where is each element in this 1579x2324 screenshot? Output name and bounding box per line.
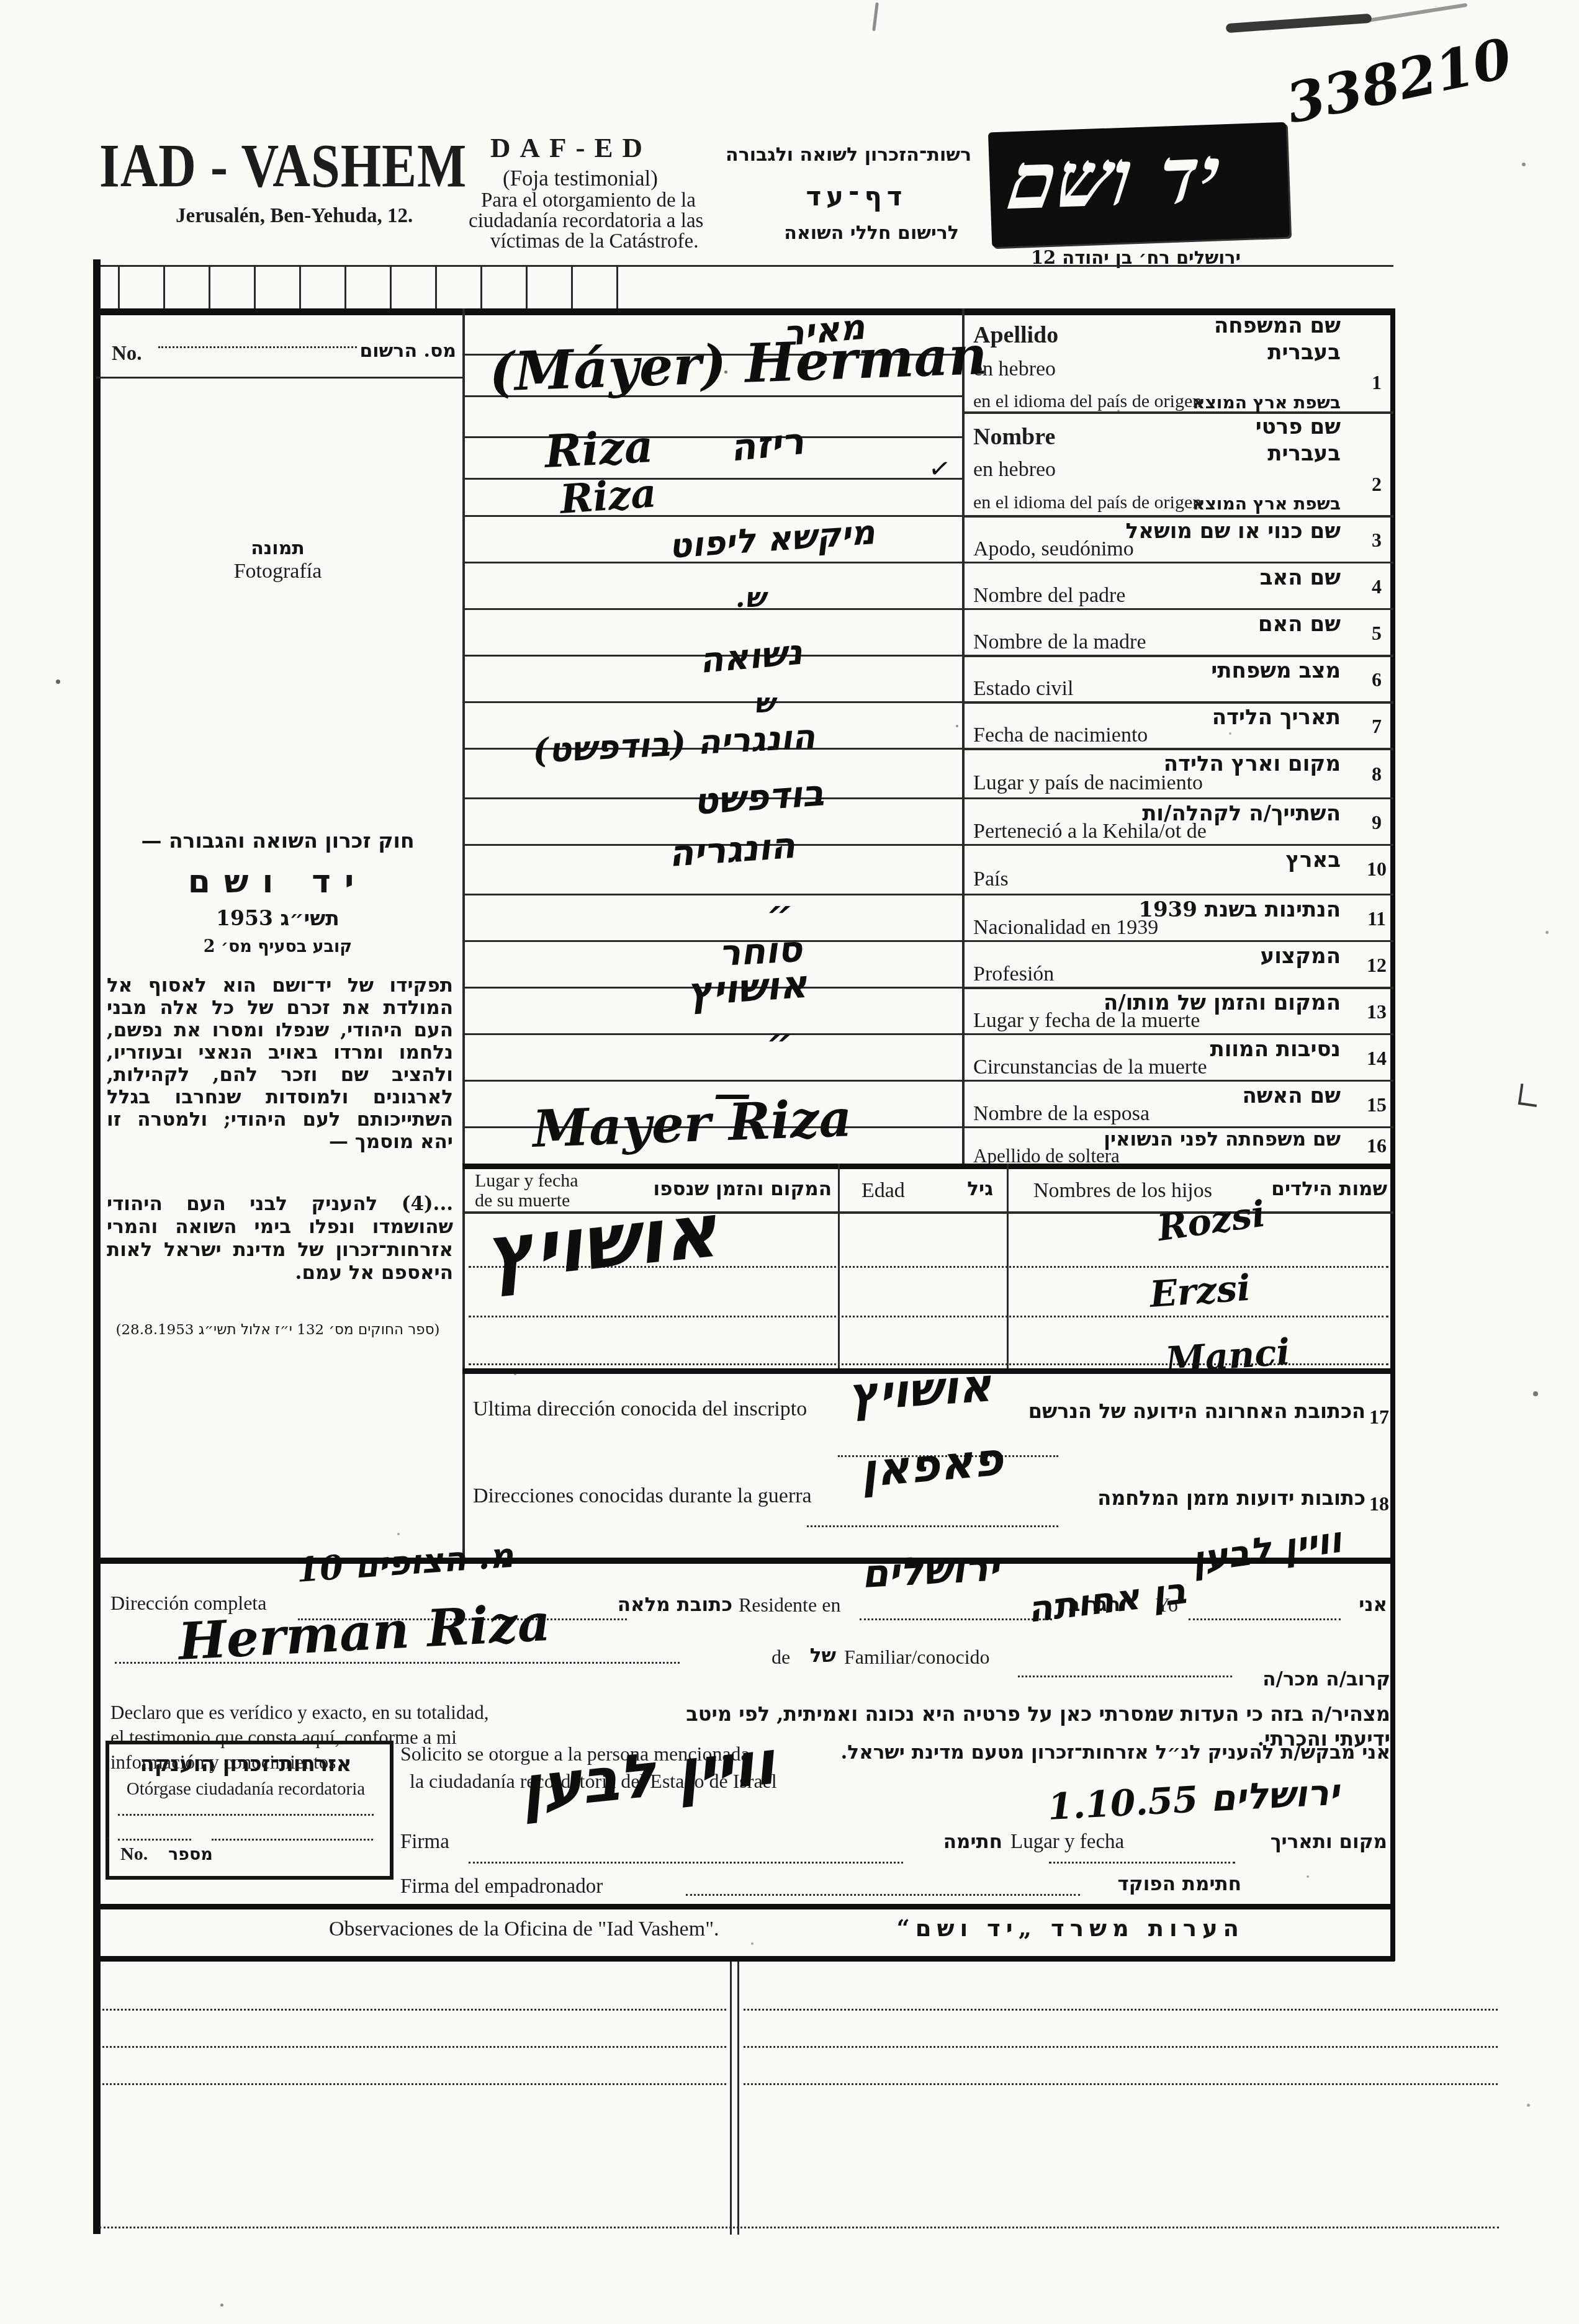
familiar-value-hw: בן אחותה	[1025, 1569, 1189, 1631]
field-4-value-hw: מיקשא ליפוט	[668, 512, 876, 566]
firma-label: Firma	[400, 1831, 449, 1854]
hebrew-form-purpose: לרישום חללי השואה	[748, 222, 959, 244]
grant-citizenship-box: אזרחות־זכרון הוענקה Otórgase ciudadanía …	[106, 1741, 394, 1880]
row18-label-he: כתובות ידועות מזמן המלחמה	[1061, 1486, 1365, 1510]
field-9-number: 9	[1363, 811, 1390, 834]
field-3-label-es: Apodo, seudónimo	[973, 537, 1134, 561]
firma-signature-hw: וויין לבען	[517, 1727, 778, 1824]
grant-box-no-label: No.	[120, 1844, 148, 1865]
photo-label-latin: Fotografía	[96, 560, 459, 583]
form-purpose-line1: Para el otorgamiento de la	[481, 189, 696, 212]
children-col3-header-es: Nombres de los hijos	[1033, 1179, 1212, 1203]
lugar-fecha-label: Lugar y fecha	[1010, 1831, 1124, 1854]
comb-strip-top-rule	[96, 265, 1393, 267]
observaciones-center-divider-left	[730, 1962, 732, 2235]
direccion-signature-dotted-line	[115, 1662, 680, 1664]
children-col3-header-he: שמות הילדים	[1241, 1178, 1387, 1200]
field-12-number: 12	[1363, 954, 1390, 977]
ink-smudge-tail	[1363, 3, 1468, 24]
field-8-number: 8	[1363, 763, 1390, 786]
field-6-value-hw: נשואה	[698, 632, 804, 681]
field-14-value-hw: ״	[767, 1021, 793, 1064]
field-2-number: 2	[1363, 473, 1390, 496]
org-address: Jerusalén, Ben-Yehuda, 12.	[176, 205, 413, 228]
solicito-hebrew: אני מבקש/ת להעניק לנ״ל אזרחות־זכרון מטעם…	[829, 1741, 1390, 1764]
form-subtitle: (Foja testimonial)	[503, 166, 658, 191]
field-2-label-es2: en hebreo	[973, 458, 1056, 482]
field-10-number: 10	[1363, 858, 1390, 881]
field-5-value-hw: ש.	[736, 582, 765, 614]
hebrew-form-title: דף־עד	[801, 181, 912, 212]
field-15-number: 15	[1363, 1093, 1390, 1116]
grant-box-dotted-1	[118, 1814, 374, 1816]
grant-box-no-label-he: מספר	[168, 1845, 230, 1864]
observaciones-center-divider-right	[737, 1962, 739, 2235]
field-16-number: 16	[1363, 1134, 1390, 1157]
field-2-label-es1: Nombre	[973, 423, 1055, 451]
observaciones-label-es: Observaciones de la Oficina de "Iad Vash…	[329, 1918, 719, 1941]
declaro-line1: Declaro que es verídico y exacto, en su …	[110, 1702, 488, 1724]
row17-label-he: הכתובת האחרונה הידועה של הנרשם	[1061, 1399, 1365, 1423]
row17-number: 17	[1365, 1406, 1393, 1429]
field-7-value-hw: ש	[754, 688, 775, 719]
field-10-label-es: País	[973, 868, 1009, 891]
field-5-label-es: Nombre de la madre	[973, 630, 1146, 654]
logo-text: יד ושם	[1002, 129, 1225, 228]
yo-value-hw: וויין לבען	[1189, 1519, 1344, 1581]
field-9-label-es: Perteneció a la Kehila/ot de	[973, 820, 1207, 843]
yad-vashem-logo: יד ושם	[988, 122, 1290, 248]
law-title: חוק זכרון השואה והגבורה —	[102, 828, 453, 853]
field-10-label-he: בארץ	[971, 848, 1341, 873]
law-paragraph-1: תפקידו של יד־ושם הוא לאסוף אל המולדת את …	[107, 974, 453, 1153]
children-col2-header-es: Edad	[861, 1179, 905, 1203]
registration-number-handwritten: 338210	[1280, 25, 1517, 136]
row18-label-es: Direcciones conocidas durante la guerra	[473, 1484, 812, 1508]
outer-right-border	[1390, 308, 1395, 1961]
field-15-label-es: Nombre de la esposa	[973, 1102, 1149, 1126]
grant-box-dotted-2	[118, 1839, 191, 1841]
row18-number: 18	[1365, 1492, 1393, 1515]
field-2-label-he3: בשפת ארץ המוצא	[1154, 493, 1341, 514]
field-1-value-latin-hw: (Máyer) Herman	[488, 324, 988, 404]
pen-check-mark: ✓	[927, 452, 953, 485]
field-8-value-hw: הונגריה (בודפשט)	[532, 716, 816, 771]
row17-value-hw: אושויץ	[847, 1358, 993, 1422]
law-paragraph-2: ‏...(4) להעניק לבני העם היהודי שהושמדו ו…	[107, 1193, 453, 1285]
yo-dotted-line	[1189, 1618, 1341, 1620]
law-org-name: יד ושם	[102, 863, 453, 900]
field-5-number: 5	[1363, 622, 1390, 645]
row18-dotted-line	[807, 1525, 1058, 1527]
field-14-number: 14	[1363, 1047, 1390, 1070]
form-purpose-line2: ciudadanía recordatoria a las	[469, 210, 703, 233]
grant-box-title-he: אזרחות־זכרון הוענקה	[109, 1752, 382, 1777]
children-row-dotted-2	[469, 1316, 1388, 1317]
observaciones-label-he: הערות משרד „יד ושם“	[835, 1914, 1244, 1942]
pen-stray-mark	[872, 2, 879, 31]
familiar-label-he: קרוב/ה מכר/ה	[1235, 1668, 1390, 1690]
no-label-hebrew: מס. הרשום	[357, 340, 456, 362]
no-label: No.	[112, 343, 142, 366]
child-name-2-hw: Erzsi	[1148, 1267, 1252, 1316]
form-purpose-line3: víctimas de la Catástrofe.	[490, 230, 698, 253]
observaciones-top-border	[93, 1904, 1395, 1909]
row17-label-es: Ultima dirección conocida del inscripto	[473, 1398, 807, 1421]
field-3-value-hw: Riza	[559, 470, 658, 523]
lugar-fecha-value-hw: ירושלים 1.10.55	[1046, 1770, 1340, 1828]
children-col2-header-he: גיל	[925, 1178, 993, 1200]
field-2-value-hebrew-hw: ריזה	[728, 419, 806, 470]
lugar-fecha-label-he: מקום ותאריך	[1238, 1831, 1387, 1853]
field-11-label-es: Nacionalidad en 1939	[973, 916, 1158, 940]
ink-smudge	[1226, 14, 1372, 33]
residente-label: Residente en	[739, 1594, 840, 1617]
no-dotted-line	[158, 346, 357, 348]
field-2-value-latin-hw: Riza	[544, 419, 655, 478]
law-year: תשי״ג 1953	[102, 906, 453, 930]
no-row-bottom-rule	[96, 377, 462, 379]
de-label-he: של	[802, 1644, 836, 1667]
field-6-label-es: Estado civil	[973, 677, 1073, 701]
field-16-value-hw: Mayer Riza	[532, 1088, 853, 1159]
form-title-latin: DAF-ED	[490, 132, 652, 164]
field-1-number: 1	[1363, 371, 1390, 394]
field-9-value-hw: בודפשט	[692, 771, 825, 823]
field-13-number: 13	[1363, 1000, 1390, 1023]
children-table-top-border	[462, 1164, 1393, 1169]
row18-value-hw: פאפאן	[858, 1432, 1005, 1498]
daf-ed-testimony-page: IAD - VASHEM Jerusalén, Ben-Yehuda, 12. …	[0, 0, 1579, 2324]
field-3-number: 3	[1363, 529, 1390, 552]
yo-label-he: אני	[1344, 1594, 1387, 1616]
field-14-label-es: Circunstancias de la muerte	[973, 1056, 1207, 1079]
empadronador-dotted-line	[686, 1894, 1080, 1896]
familiar-dotted-line	[1018, 1676, 1232, 1677]
field-7-number: 7	[1363, 715, 1390, 738]
observaciones-bottom-border	[93, 1956, 1395, 1962]
familiar-label: Familiar/conocido	[844, 1646, 990, 1669]
firma-label-he: חתימה	[909, 1831, 1002, 1853]
grant-box-dotted-3	[212, 1839, 373, 1841]
grant-box-title-es: Otórgase ciudadanía recordatoria	[109, 1779, 382, 1800]
empadronador-label: Firma del empadronador	[400, 1875, 603, 1898]
field-12-label-es: Profesión	[973, 962, 1054, 986]
field-4-number: 4	[1363, 575, 1390, 598]
lugar-fecha-dotted-line	[1049, 1862, 1235, 1864]
law-source: (ספר החוקים מס׳ 132 י״ז אלול תשי״ג 28.8.…	[102, 1322, 453, 1338]
field-1-label-he3: בשפת ארץ המוצא	[1154, 392, 1341, 413]
hebrew-authority: רשות־הזכרון לשואה ולגבורה	[736, 144, 971, 166]
org-name: IAD - VASHEM	[99, 130, 467, 201]
empadronador-label-he: חתימת הפוקד	[1086, 1873, 1241, 1895]
firma-dotted-line	[469, 1862, 903, 1864]
field-13-label-es: Lugar y fecha de la muerte	[973, 1009, 1200, 1033]
direccion-completa-value-hw: מ. הצופים 10	[295, 1535, 515, 1590]
field-13-value-hw: אושויץ	[686, 961, 809, 1015]
residente-dotted-line	[860, 1618, 1052, 1620]
field-6-number: 6	[1363, 668, 1390, 691]
field-4-label-es: Nombre del padre	[973, 584, 1125, 608]
residente-value-hw: ירושלים	[860, 1544, 1001, 1597]
photo-label-hebrew: תמונה	[96, 537, 459, 559]
children-col1-header-es-line1: Lugar y fecha	[475, 1170, 578, 1191]
direccion-completa-label-he: כתובת מלאה	[630, 1594, 732, 1616]
margin-pen-mark	[1518, 1083, 1539, 1107]
field-11-number: 11	[1363, 907, 1390, 930]
field-7-label-es: Fecha de nacimiento	[973, 724, 1148, 747]
field-10-value-hw: הונגריה	[667, 824, 796, 875]
field-8-label-es: Lugar y país de nacimiento	[973, 771, 1203, 795]
de-label: de	[772, 1646, 790, 1669]
law-section: קובע בסעיף מס׳ 2	[102, 937, 453, 956]
